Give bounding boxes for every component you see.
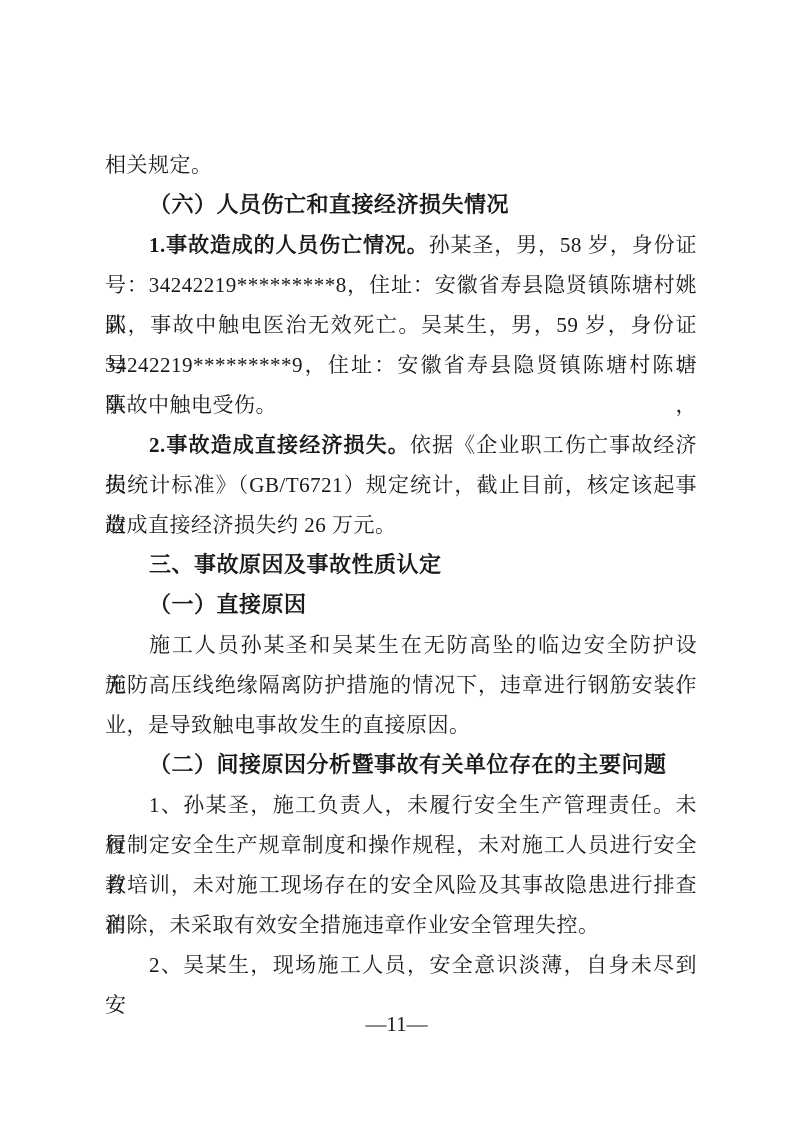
text-run: （一）直接原因 xyxy=(149,592,307,617)
text-run: 孙某圣，男，58 岁，身份证 xyxy=(429,233,697,257)
text-line: 业，是导致触电事故发生的直接原因。 xyxy=(105,705,697,745)
text-run: 无防高压线绝缘隔离防护措施的情况下，违章进行钢筋安装作 xyxy=(105,673,697,697)
paragraph-line: 2、吴某生，现场施工人员，安全意识淡薄，自身未尽到安 xyxy=(105,945,697,985)
text-run: （二）间接原因分析暨事故有关单位存在的主要问题 xyxy=(149,752,667,777)
document-body: 相关规定。 （六）人员伤亡和直接经济损失情况 1.事故造成的人员伤亡情况。孙某圣… xyxy=(105,145,697,985)
bold-lead: 2.事故造成直接经济损失。 xyxy=(149,433,410,457)
bold-lead: 1.事故造成的人员伤亡情况。 xyxy=(149,233,429,257)
text-line: 34242219*********9，住址：安徽省寿县隐贤镇陈塘村陈塘队， xyxy=(105,345,697,385)
text-run: 2、吴某生，现场施工人员，安全意识淡薄，自身未尽到安 xyxy=(105,953,697,1017)
text-line: 消除，未采取有效安全措施违章作业安全管理失控。 xyxy=(105,905,697,945)
paragraph-line: 1、孙某圣，施工负责人，未履行安全生产管理责任。未履 xyxy=(105,785,697,825)
text-line: 行制定安全生产规章制度和操作规程，未对施工人员进行安全教 xyxy=(105,825,697,865)
paragraph-line: 施工人员孙某圣和吴某生在无防高坠的临边安全防护设施、 xyxy=(105,625,697,665)
text-line: 无防高压线绝缘隔离防护措施的情况下，违章进行钢筋安装作 xyxy=(105,665,697,705)
text-line: 相关规定。 xyxy=(105,145,697,185)
text-run: 事故中触电受伤。 xyxy=(105,393,277,417)
text-run: （六）人员伤亡和直接经济损失情况 xyxy=(149,192,509,217)
text-run: 业，是导致触电事故发生的直接原因。 xyxy=(105,713,471,737)
text-run: 造成直接经济损失约 26 万元。 xyxy=(105,513,397,537)
section-heading-six: （六）人员伤亡和直接经济损失情况 xyxy=(105,185,697,225)
text-run: 三、事故原因及事故性质认定 xyxy=(149,552,442,577)
section-heading-two: （二）间接原因分析暨事故有关单位存在的主要问题 xyxy=(105,745,697,785)
text-line: 号：34242219*********8，住址：安徽省寿县隐贤镇陈塘村姚郢 xyxy=(105,265,697,305)
text-line: 造成直接经济损失约 26 万元。 xyxy=(105,505,697,545)
paragraph-line: 2.事故造成直接经济损失。依据《企业职工伤亡事故经济损 xyxy=(105,425,697,465)
chapter-heading-three: 三、事故原因及事故性质认定 xyxy=(105,545,697,585)
page-number: —11— xyxy=(0,1012,793,1037)
text-run: 消除，未采取有效安全措施违章作业安全管理失控。 xyxy=(105,913,600,937)
document-page: 相关规定。 （六）人员伤亡和直接经济损失情况 1.事故造成的人员伤亡情况。孙某圣… xyxy=(0,0,793,1122)
text-run: —11— xyxy=(365,1012,427,1036)
text-run: 相关规定。 xyxy=(105,153,213,177)
text-line: 失统计标准》（GB/T6721）规定统计，截止目前，核定该起事故 xyxy=(105,465,697,505)
text-line: 队，事故中触电医治无效死亡。吴某生，男，59 岁，身份证号： xyxy=(105,305,697,345)
paragraph-line: 1.事故造成的人员伤亡情况。孙某圣，男，58 岁，身份证 xyxy=(105,225,697,265)
text-line: 育培训，未对施工现场存在的安全风险及其事故隐患进行排查和 xyxy=(105,865,697,905)
section-heading-one: （一）直接原因 xyxy=(105,585,697,625)
